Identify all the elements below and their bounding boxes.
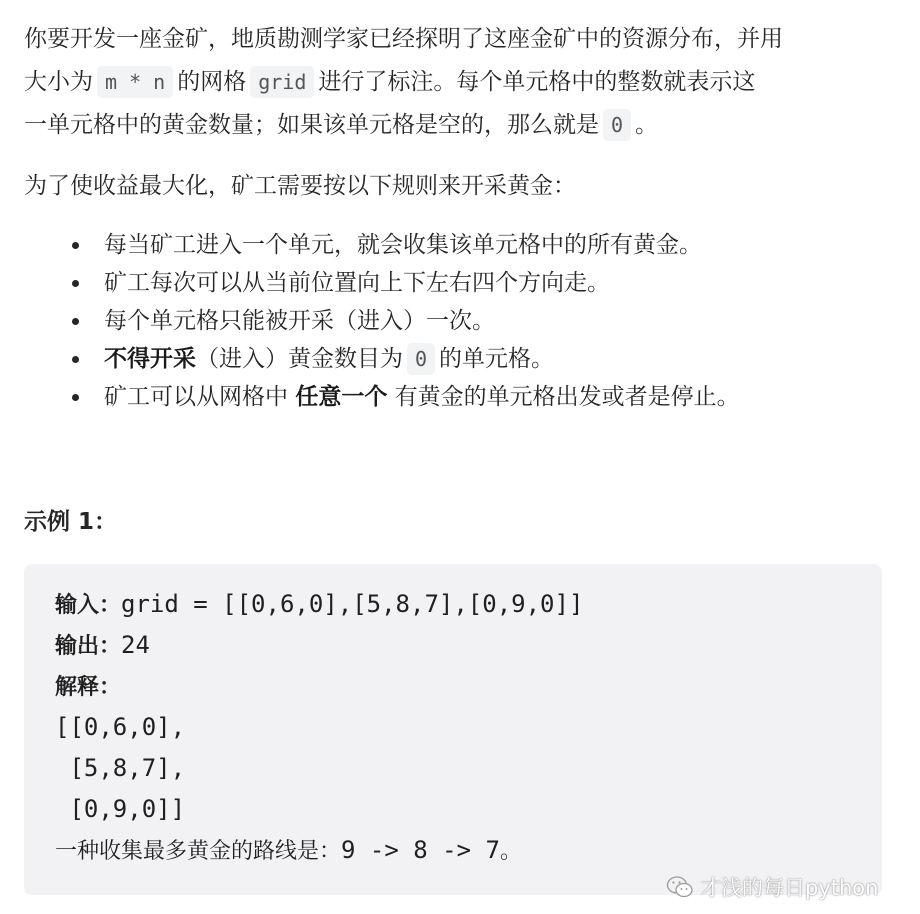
inline-code-m-n: m * n [97,66,173,98]
rule-text: 的单元格。 [439,346,554,372]
inline-code-zero: 0 [407,343,435,375]
bullet-icon [72,318,79,325]
grid-line: [0,9,0]] [55,789,583,830]
rule-text: 矿工每次可以从当前位置向上下左右四个方向走。 [104,270,610,296]
input-value: grid = [[0,6,0],[5,8,7],[0,9,0]] [121,590,583,618]
rules-list: 每当矿工进入一个单元，就会收集该单元格中的所有黄金。 矿工每次可以从当前位置向上… [24,226,886,416]
inline-code-zero: 0 [603,109,631,141]
rule-emphasis: 任意一个 [295,384,387,410]
input-line: 输入：grid = [[0,6,0],[5,8,7],[0,9,0]] [55,584,583,625]
rule-emphasis: 不得开采 [104,346,196,372]
intro-text: 一单元格中的黄金数量；如果该单元格是空的，那么就是 [24,112,599,138]
example-title: 示例 1： [24,503,117,536]
rule-item: 每当矿工进入一个单元，就会收集该单元格中的所有黄金。 [70,226,886,264]
path-value: 9 -> 8 -> 7 [341,836,500,864]
watermark: 才浅的每日python [666,872,878,902]
path-line: 一种收集最多黄金的路线是：9 -> 8 -> 7。 [55,830,583,871]
rule-text: 有黄金的单元格出发或者是停止。 [395,384,740,410]
path-text: 一种收集最多黄金的路线是： [55,839,341,864]
input-label: 输入： [55,593,121,618]
path-end: 。 [500,839,522,864]
output-label: 输出： [55,634,121,659]
intro-line-1: 你要开发一座金矿，地质勘测学家已经探明了这座金矿中的资源分布，并用 [24,26,783,52]
explain-label: 解释： [55,675,121,700]
bullet-icon [72,356,79,363]
intro-text: 大小为 [24,69,93,95]
rule-item: 矿工每次可以从当前位置向上下左右四个方向走。 [70,264,886,302]
intro-text: 。 [635,112,658,138]
watermark-text: 才浅的每日python [700,872,878,902]
intro-text: 的网格 [177,69,246,95]
grid-line: [[0,6,0], [55,707,583,748]
output-line: 输出：24 [55,625,583,666]
rule-item: 每个单元格只能被开采（进入）一次。 [70,302,886,340]
inline-code-grid: grid [250,66,314,98]
rule-item: 不得开采（进入）黄金数目为0的单元格。 [70,340,886,378]
bullet-icon [72,280,79,287]
output-value: 24 [121,631,150,659]
rules-intro: 为了使收益最大化，矿工需要按以下规则来开采黄金： [24,165,886,208]
rule-text: 矿工可以从网格中 [104,384,288,410]
example-code-block: 输入：grid = [[0,6,0],[5,8,7],[0,9,0]] 输出：2… [24,564,882,895]
explain-line: 解释： [55,666,583,707]
wechat-icon [666,875,694,899]
intro-paragraph: 你要开发一座金矿，地质勘测学家已经探明了这座金矿中的资源分布，并用 大小为m *… [24,18,886,147]
bullet-icon [72,394,79,401]
grid-line: [5,8,7], [55,748,583,789]
rule-text: 每个单元格只能被开采（进入）一次。 [104,308,495,334]
intro-text: 进行了标注。每个单元格中的整数就表示这 [318,69,755,95]
rule-text: 每当矿工进入一个单元，就会收集该单元格中的所有黄金。 [104,232,702,258]
rule-item: 矿工可以从网格中 任意一个 有黄金的单元格出发或者是停止。 [70,378,886,416]
problem-description: 你要开发一座金矿，地质勘测学家已经探明了这座金矿中的资源分布，并用 大小为m *… [24,18,886,416]
bullet-icon [72,242,79,249]
rule-text: （进入）黄金数目为 [196,346,403,372]
